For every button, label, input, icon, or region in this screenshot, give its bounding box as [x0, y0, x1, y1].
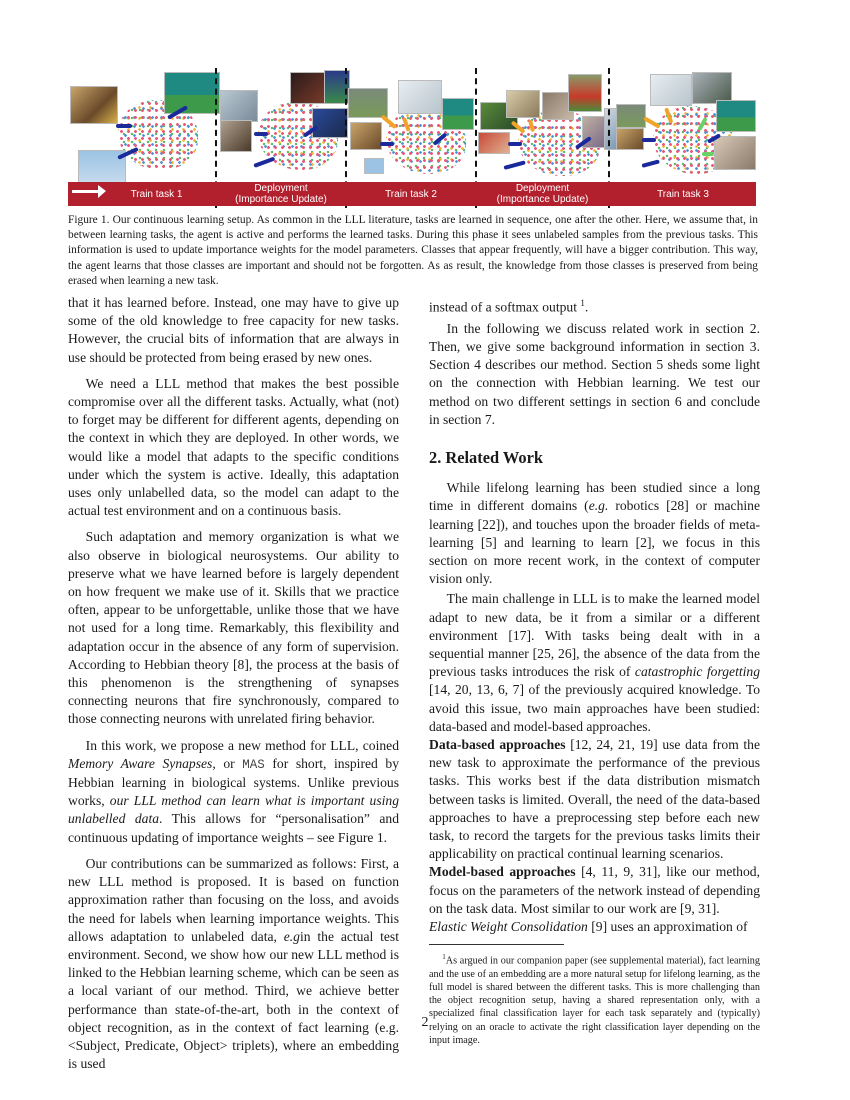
paragraph: instead of a softmax output 1. — [429, 294, 760, 317]
paragraph: While lifelong learning has been studied… — [429, 479, 760, 588]
stage-train-task-2: Train task 2 — [347, 182, 475, 206]
paragraph: Our contributions can be summarized as f… — [68, 855, 399, 1073]
stage-deployment-1: Deployment (Importance Update) — [217, 182, 345, 206]
paragraph: Data-based approaches [12, 24, 21, 19] u… — [429, 736, 760, 863]
footnote: 1As argued in our companion paper (see s… — [429, 951, 760, 1047]
stage-train-task-3: Train task 3 — [610, 182, 756, 206]
photo-woman-desk — [506, 90, 540, 118]
paragraph: We need a LLL method that makes the best… — [68, 375, 399, 521]
photo-tennis-player — [312, 108, 348, 138]
photo-woman-eating-burger — [616, 128, 644, 150]
timeline-banner: Train task 1 Deployment (Importance Upda… — [68, 182, 756, 206]
paragraph: The main challenge in LLL is to make the… — [429, 590, 760, 736]
page-number: 2 — [0, 1015, 850, 1031]
photo-office-woman — [398, 80, 442, 114]
paragraph: In this work, we propose a new method fo… — [68, 737, 399, 847]
connection-line — [508, 142, 522, 146]
connection-line — [253, 157, 275, 168]
photo-dog-field — [616, 104, 646, 128]
photo-helicopter — [364, 158, 384, 174]
method-acronym: MAS — [242, 758, 265, 772]
figure-1-continuous-learning-setup: Train task 1 Deployment (Importance Upda… — [68, 68, 756, 208]
photo-woman-eating — [478, 132, 510, 154]
paragraph: Model-based approaches [4, 11, 9, 31], l… — [429, 863, 760, 936]
photo-tennis-player — [164, 72, 220, 114]
paragraph: Such adaptation and memory organization … — [68, 528, 399, 728]
photo-tennis-player — [716, 100, 756, 132]
photo-dog-field — [348, 88, 388, 118]
photo-tennis-player — [442, 98, 474, 130]
connection-line — [642, 138, 656, 142]
photo-couple-talking — [714, 136, 756, 170]
stage-deployment-2: Deployment (Importance Update) — [477, 182, 608, 206]
photo-basketball-player — [290, 72, 326, 104]
section-heading: 2. Related Work — [429, 449, 760, 467]
photo-soccer-kid — [568, 74, 602, 112]
right-column: instead of a softmax output 1. In the fo… — [429, 294, 760, 1047]
footnote-divider — [429, 944, 564, 945]
paragraph: In the following we discuss related work… — [429, 320, 760, 429]
paragraph: that it has learned before. Instead, one… — [68, 294, 399, 367]
connection-line — [254, 132, 268, 136]
photo-man-leaning — [220, 90, 258, 122]
connection-line — [116, 124, 132, 128]
figure-caption: Figure 1. Our continuous learning setup.… — [68, 213, 758, 289]
connection-line — [641, 159, 659, 168]
photo-woman-eating — [220, 120, 252, 152]
connection-line — [380, 142, 394, 146]
connection-line-green — [702, 152, 714, 156]
photo-office-woman — [650, 74, 692, 106]
photo-woman-eating-burger — [70, 86, 118, 124]
left-column: that it has learned before. Instead, one… — [68, 294, 399, 1081]
photo-woman-eating-burger — [350, 122, 382, 150]
connection-line — [503, 160, 525, 170]
stage-train-task-1: Train task 1 — [98, 182, 215, 206]
